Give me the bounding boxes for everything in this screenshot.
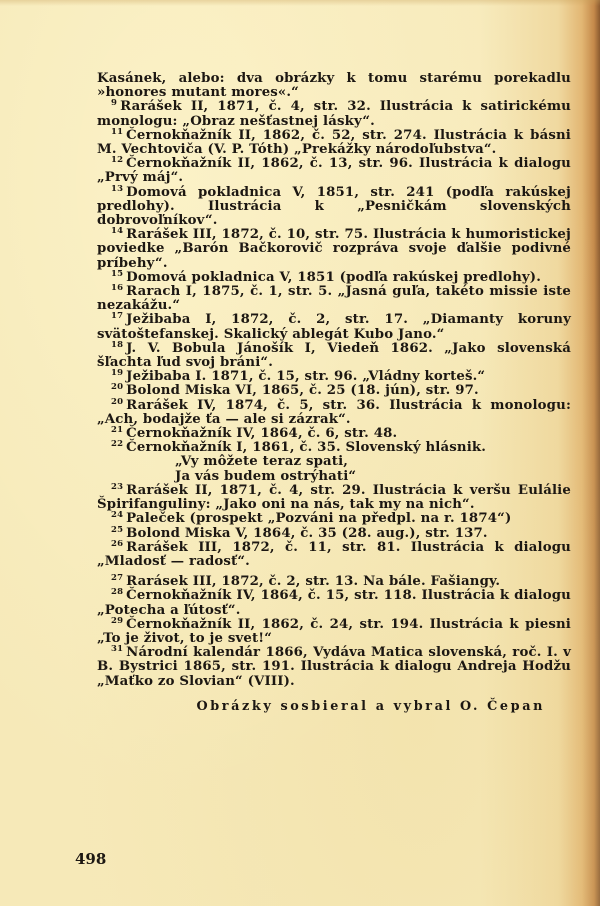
footnote-marker: 29 bbox=[111, 616, 123, 626]
footnote-26: 26Rarášek III, 1872, č. 11, str. 81. Ilu… bbox=[97, 541, 571, 569]
footnote-25: 25Bolond Miska V, 1864, č. 35 (28. aug.)… bbox=[97, 527, 571, 541]
footnote-text: Bolond Miska VI, 1865, č. 25 (18. jún), … bbox=[126, 383, 479, 398]
footnote-text: Ježibaba I, 1872, č. 2, str. 17. „Diaman… bbox=[97, 312, 571, 341]
footnote-17: 17Ježibaba I, 1872, č. 2, str. 17. „Diam… bbox=[97, 313, 571, 341]
footnote-text: Rarášek III, 1872, č. 10, str. 75. Ilust… bbox=[97, 227, 571, 270]
footnote-marker: 9 bbox=[111, 98, 117, 108]
footnote-marker: 24 bbox=[111, 510, 123, 520]
footnote-text: Bolond Miska V, 1864, č. 35 (28. aug.), … bbox=[126, 526, 488, 541]
footnote-text: Černokňažník I, 1861, č. 35. Slovenský h… bbox=[126, 440, 486, 455]
footnote-13: 13Domová pokladnica V, 1851, str. 241 (p… bbox=[97, 186, 571, 229]
footnote-29: 29Černokňažník II, 1862, č. 24, str. 194… bbox=[97, 618, 571, 646]
footnote-16: 16Rarach I, 1875, č. 1, str. 5. „Jasná g… bbox=[97, 285, 571, 313]
page-edge-shadow bbox=[0, 0, 600, 6]
verse-line: „Vy môžete teraz spati, bbox=[97, 455, 571, 469]
footnote-marker: 22 bbox=[111, 439, 123, 449]
footnote-text: Kasánek, alebo: dva obrázky k tomu staré… bbox=[97, 71, 571, 100]
footnote-marker: 14 bbox=[111, 226, 123, 236]
footnote-28: 28Černokňažník IV, 1864, č. 15, str. 118… bbox=[97, 589, 571, 617]
footnote-14: 14Rarášek III, 1872, č. 10, str. 75. Ilu… bbox=[97, 228, 571, 271]
book-page: Kasánek, alebo: dva obrázky k tomu staré… bbox=[0, 0, 600, 906]
footnote-11: 11Černokňažník II, 1862, č. 52, str. 274… bbox=[97, 129, 571, 157]
footnote-text: Národní kalendár 1866, Vydáva Matica slo… bbox=[97, 645, 571, 688]
footnote-31: 31Národní kalendár 1866, Vydáva Matica s… bbox=[97, 646, 571, 689]
footnote-text: Paleček (prospekt „Pozváni na předpl. na… bbox=[126, 511, 511, 526]
footnote-text: Rarach I, 1875, č. 1, str. 5. „Jasná guľ… bbox=[97, 284, 571, 313]
footnote-marker: 18 bbox=[111, 340, 123, 350]
footnote-text: Domová pokladnica V, 1851 (podľa rakúske… bbox=[126, 270, 541, 285]
footnote-text: Rarášek II, 1871, č. 4, str. 32. Ilustrá… bbox=[97, 99, 571, 128]
footnote-24: 24Paleček (prospekt „Pozváni na předpl. … bbox=[97, 512, 571, 526]
footnote-marker: 25 bbox=[111, 525, 123, 535]
footnote-text: Rarášek III, 1872, č. 11, str. 81. Ilust… bbox=[97, 540, 571, 569]
footnote-marker: 11 bbox=[111, 127, 123, 137]
footnote-text: Rarásek III, 1872, č. 2, str. 13. Na bál… bbox=[126, 574, 500, 589]
footnote-marker: 27 bbox=[111, 573, 123, 583]
footnote-marker: 17 bbox=[111, 311, 123, 321]
footnote-text: Černokňažník II, 1862, č. 13, str. 96. I… bbox=[97, 156, 571, 185]
footnote-text: Černokňažník II, 1862, č. 52, str. 274. … bbox=[97, 128, 571, 157]
footnote-12: 12Černokňažník II, 1862, č. 13, str. 96.… bbox=[97, 157, 571, 185]
footnote-marker: 21 bbox=[111, 425, 123, 435]
footnote-text: Černokňažník IV, 1864, č. 15, str. 118. … bbox=[97, 588, 571, 617]
footnote-9: 9Rarášek II, 1871, č. 4, str. 32. Ilustr… bbox=[97, 100, 571, 128]
footnote-text: Černokňažník IV, 1864, č. 6, str. 48. bbox=[126, 426, 397, 441]
footnote-22: 22Černokňažník I, 1861, č. 35. Slovenský… bbox=[97, 441, 571, 455]
footnote-15: 15Domová pokladnica V, 1851 (podľa rakús… bbox=[97, 271, 571, 285]
footnote-text: J. V. Bobula Jánošík I, Viedeň 1862. „Ja… bbox=[97, 341, 571, 370]
page-number: 498 bbox=[75, 850, 106, 868]
signature: Obrázky sosbieral a vybral O. Čepan bbox=[97, 700, 571, 714]
footnote-18: 18J. V. Bobula Jánošík I, Viedeň 1862. „… bbox=[97, 342, 571, 370]
footnote-text: Černokňažník II, 1862, č. 24, str. 194. … bbox=[97, 617, 571, 646]
footnote-marker: 12 bbox=[111, 155, 123, 165]
footnote-continuation: Kasánek, alebo: dva obrázky k tomu staré… bbox=[97, 72, 571, 100]
footnote-marker: 28 bbox=[111, 587, 123, 597]
footnote-marker: 31 bbox=[111, 644, 123, 654]
footnote-text: Rarášek II, 1871, č. 4, str. 29. Ilustrá… bbox=[97, 483, 571, 512]
footnote-20b: 20Rarášek IV, 1874, č. 5, str. 36. Ilust… bbox=[97, 399, 571, 427]
footnote-marker: 23 bbox=[111, 482, 123, 492]
footnote-text: Domová pokladnica V, 1851, str. 241 (pod… bbox=[97, 185, 571, 228]
footnote-marker: 15 bbox=[111, 269, 123, 279]
footnote-marker: 13 bbox=[111, 184, 123, 194]
footnotes-block: Kasánek, alebo: dva obrázky k tomu staré… bbox=[97, 72, 571, 727]
footnote-marker: 26 bbox=[111, 539, 123, 549]
footnote-marker: 20 bbox=[111, 382, 123, 392]
footnote-marker: 20 bbox=[111, 397, 123, 407]
footnote-23: 23Rarášek II, 1871, č. 4, str. 29. Ilust… bbox=[97, 484, 571, 512]
verse-line: Ja vás budem ostrýhati“ bbox=[97, 470, 571, 484]
footnote-marker: 16 bbox=[111, 283, 123, 293]
footnote-marker: 19 bbox=[111, 368, 123, 378]
footnote-20a: 20Bolond Miska VI, 1865, č. 25 (18. jún)… bbox=[97, 384, 571, 398]
footnote-text: Rarášek IV, 1874, č. 5, str. 36. Ilustrá… bbox=[97, 398, 571, 427]
